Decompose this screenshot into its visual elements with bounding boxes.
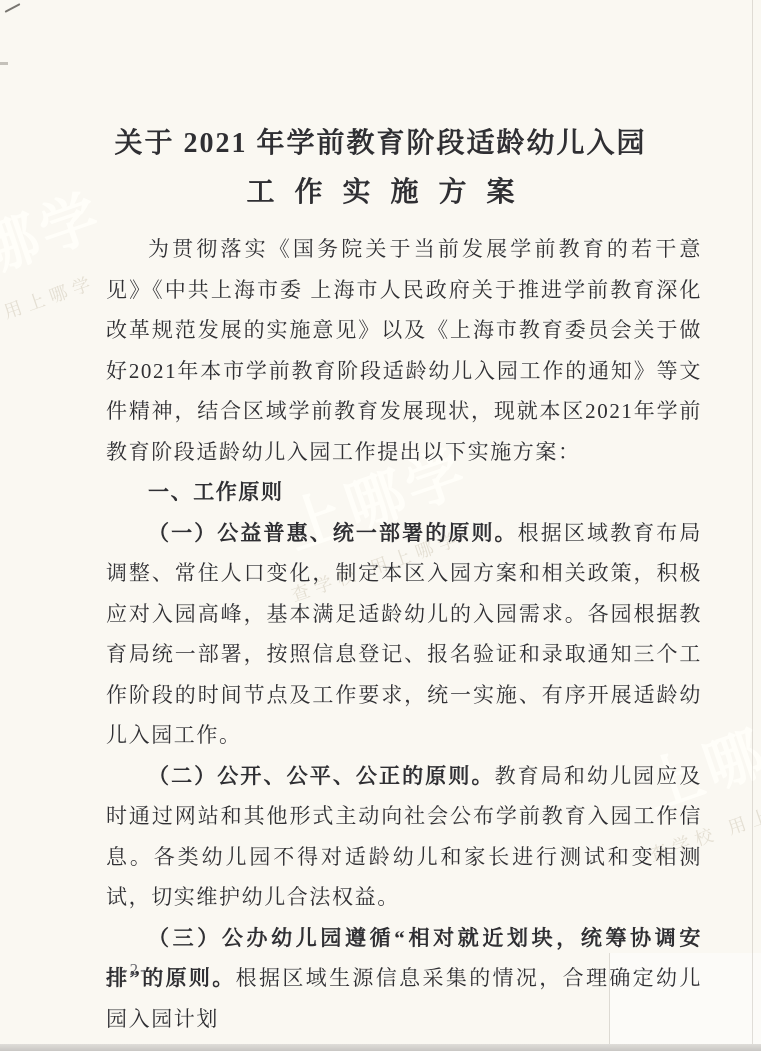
paper-crease-line: [609, 953, 610, 1044]
principle-item-1-body: 根据区域教育布局调整、常住人口变化，制定本区入园方案和相关政策，积极应对入园高峰…: [106, 521, 702, 748]
principle-item-1: （一）公益普惠、统一部署的原则。根据区域教育布局调整、常住人口变化，制定本区入园…: [106, 513, 702, 756]
intro-paragraph-text: 为贯彻落实《国务院关于当前发展学前教育的若干意见》《中共上海市委 上海市人民政府…: [106, 237, 702, 464]
principle-item-1-lead: （一）公益普惠、统一部署的原则。: [148, 521, 518, 545]
page-number: -2-: [122, 960, 148, 980]
principle-item-3: （三）公办幼儿园遵循“相对就近划块，统筹协调安排”的原则。根据区域生源信息采集的…: [106, 918, 702, 1040]
scanned-document-page: 上哪学 查学校 用上哪学 上哪学 查学校 用上哪学 上哪学 查学校 用上哪学 关…: [0, 0, 761, 1051]
edge-dash-artifact: [0, 62, 8, 65]
document-body: 为贯彻落实《国务院关于当前发展学前教育的若干意见》《中共上海市委 上海市人民政府…: [106, 229, 702, 1039]
paper-edge-line: [752, 0, 753, 1044]
principle-item-2-lead: （二）公开、公平、公正的原则。: [148, 764, 495, 788]
principle-item-2: （二）公开、公平、公正的原则。教育局和幼儿园应及时通过网站和其他形式主动向社会公…: [106, 756, 702, 918]
pen-mark-artifact: [5, 3, 21, 13]
document-title: 关于 2021 年学前教育阶段适龄幼儿入园 工作实施方案: [0, 121, 761, 210]
section1-heading: 一、工作原则: [106, 472, 702, 513]
document-title-line1: 关于 2021 年学前教育阶段适龄幼儿入园: [0, 121, 761, 161]
document-title-line2: 工作实施方案: [0, 170, 761, 210]
intro-paragraph: 为贯彻落实《国务院关于当前发展学前教育的若干意见》《中共上海市委 上海市人民政府…: [106, 229, 702, 472]
scan-bottom-edge: [0, 1044, 761, 1051]
